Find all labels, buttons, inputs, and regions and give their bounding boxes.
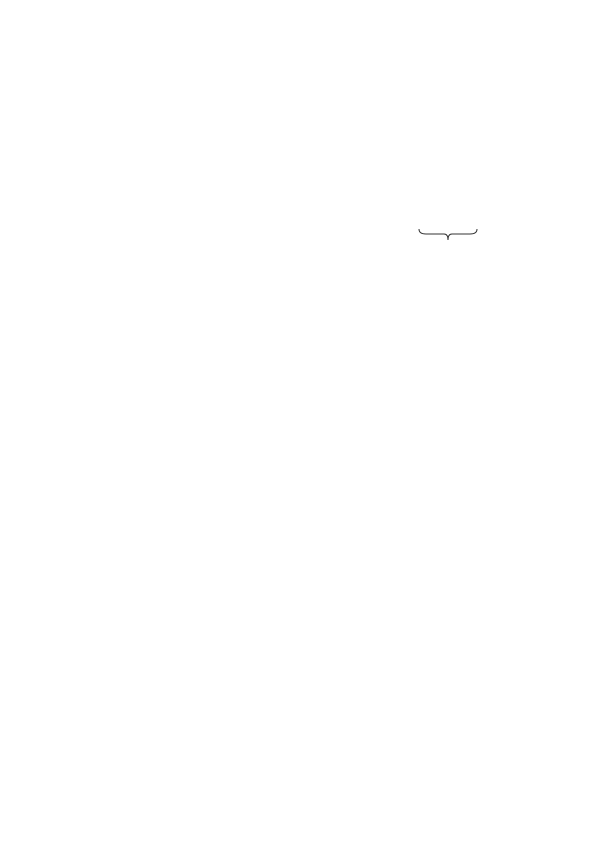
curly-brace-icon bbox=[418, 228, 478, 242]
